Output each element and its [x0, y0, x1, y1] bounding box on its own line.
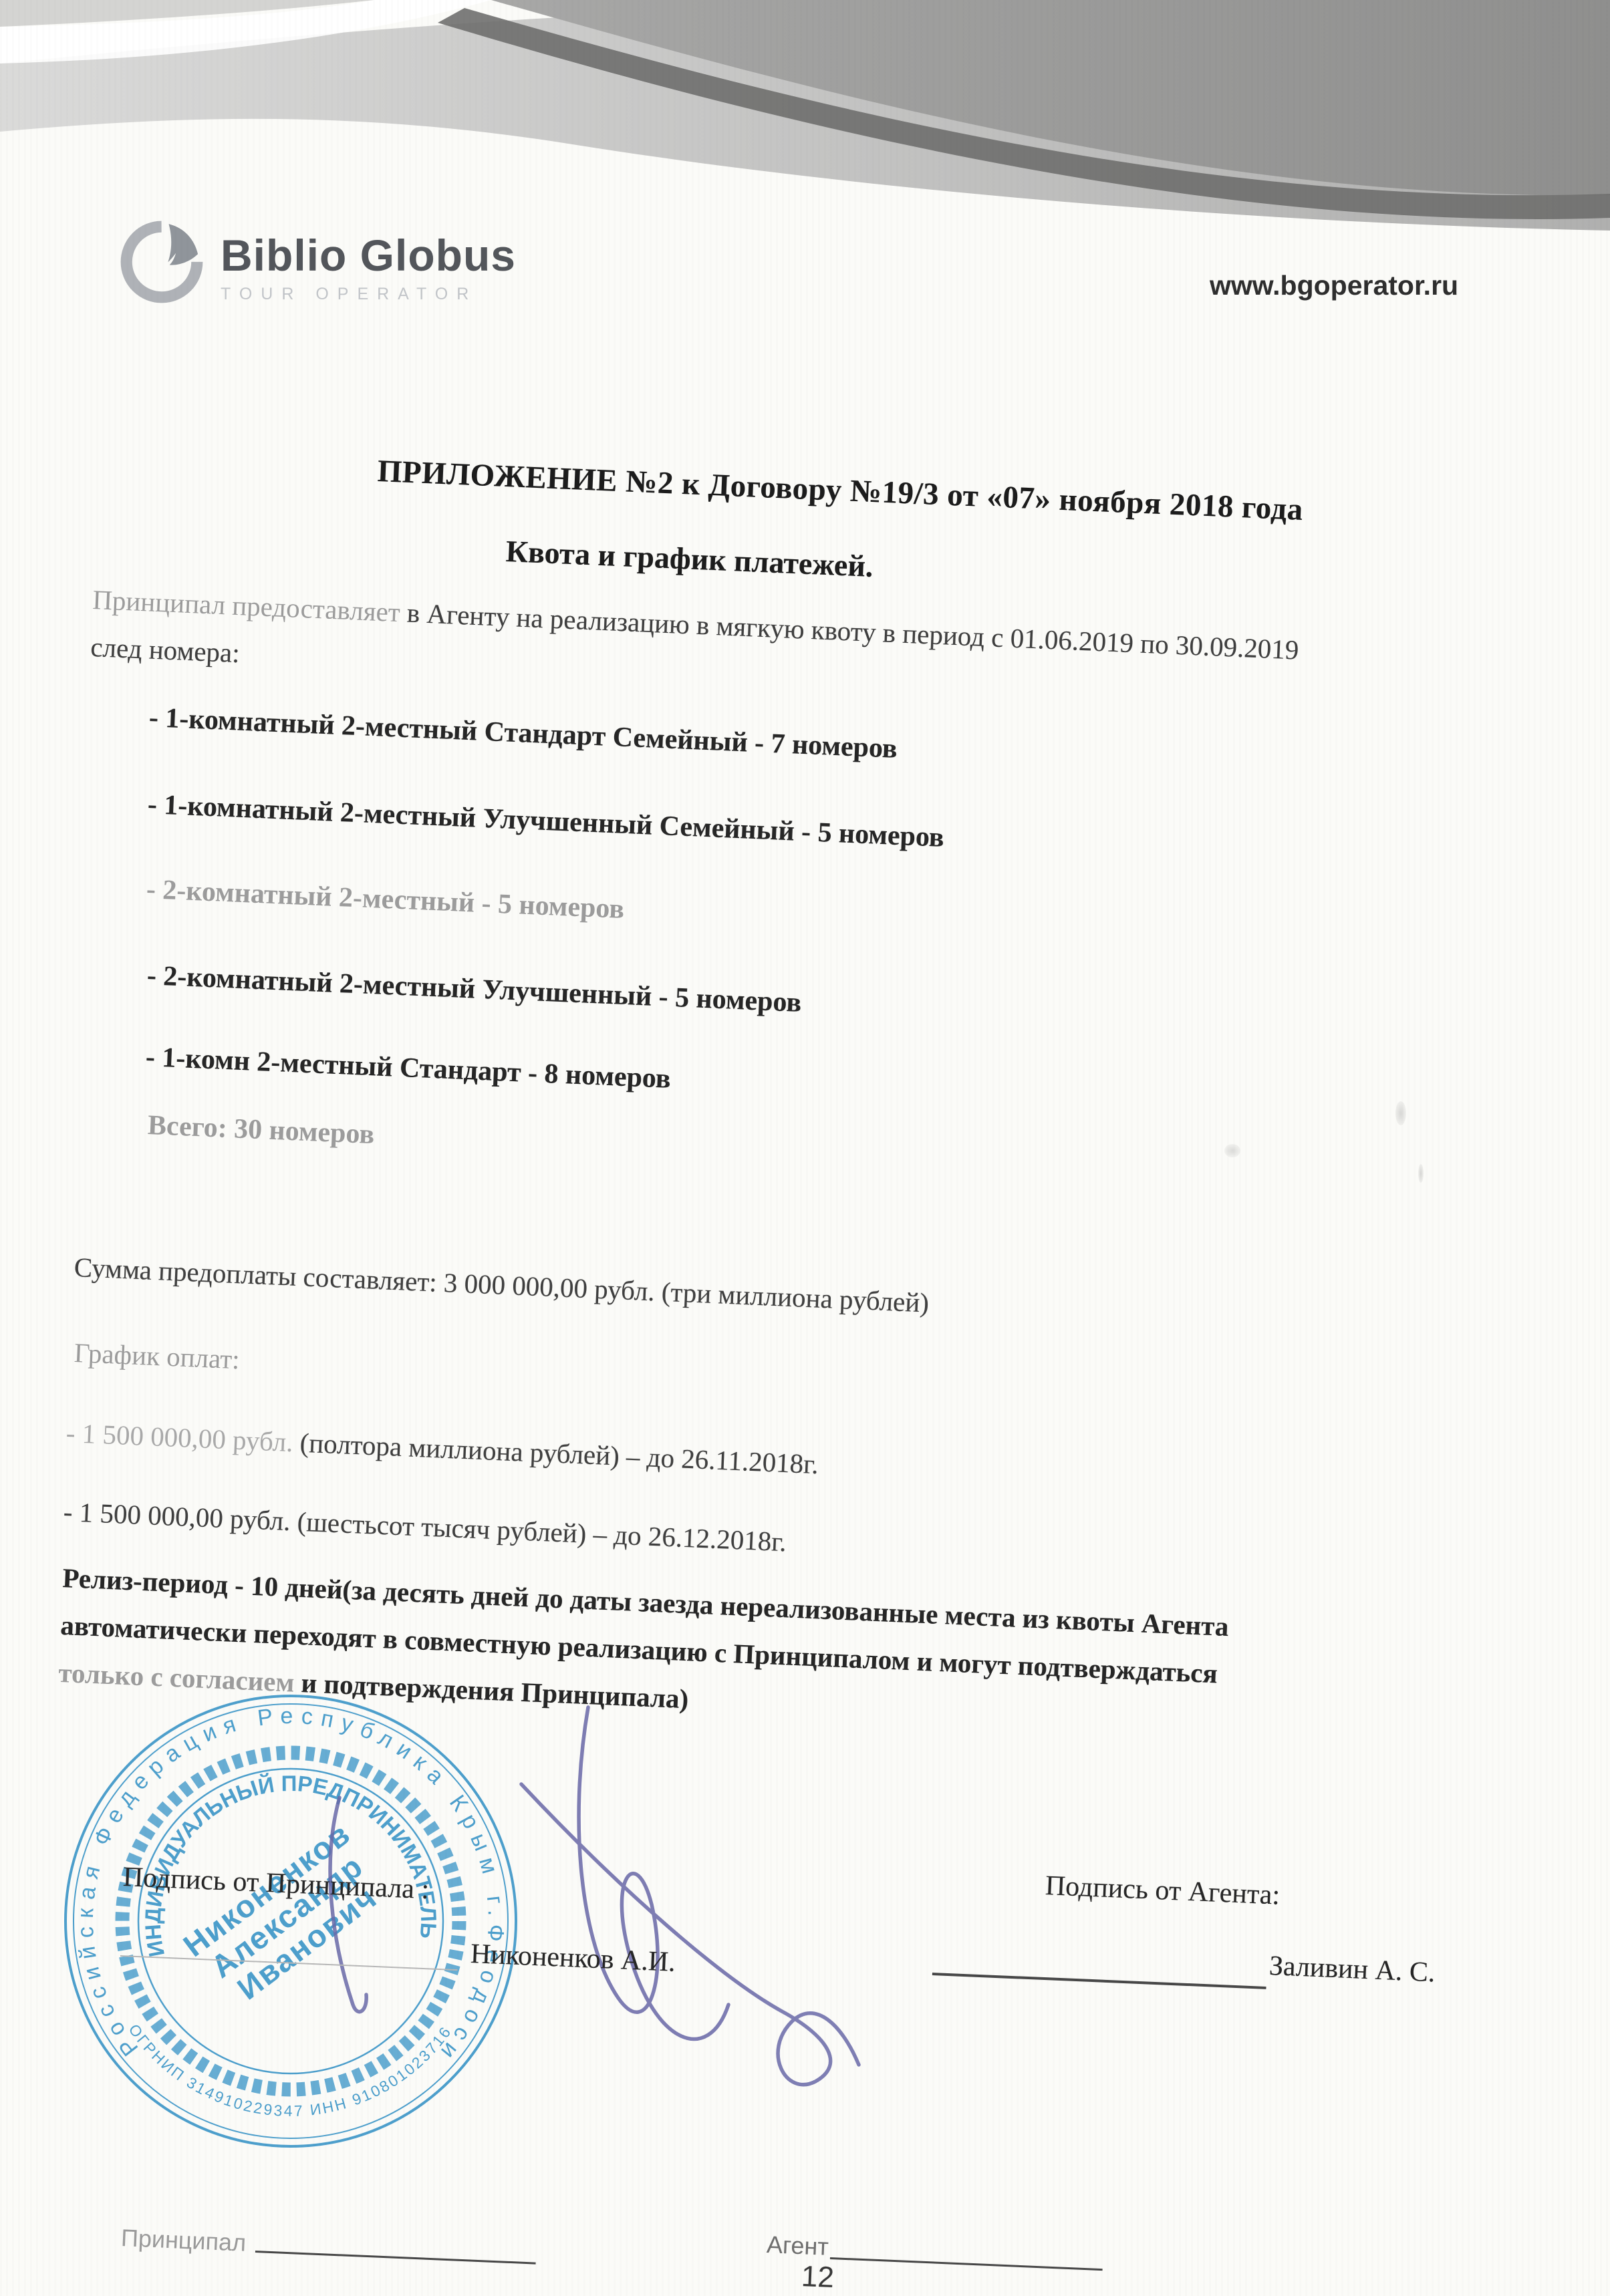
document-subtitle: Квота и график платежей.: [505, 533, 874, 584]
document-title: ПРИЛОЖЕНИЕ №2 к Договору №19/3 от «07» н…: [377, 453, 1304, 528]
quota-item: - 2-комнатный 2-местный Улучшенный - 5 н…: [146, 960, 802, 1019]
agent-signature-label: Подпись от Агента:: [1045, 1870, 1281, 1912]
footer-principal-line: [255, 2251, 536, 2265]
scan-smudge: [1418, 1164, 1424, 1183]
agent-signature-line: [932, 1973, 1266, 1989]
page-number: 12: [801, 2260, 835, 2295]
payment-schedule-label: График оплат:: [74, 1336, 241, 1375]
footer-principal-label: Принципал: [120, 2224, 247, 2257]
payment-line-1: - 1 500 000,00 рубл. (полтора миллиона р…: [65, 1417, 819, 1480]
footer-agent-label: Агент: [766, 2231, 829, 2261]
principal-stamp-and-signature: Российская Федерация Республика Крым г.Ф…: [53, 1691, 882, 2165]
logo-subtitle: TOUR OPERATOR: [221, 285, 516, 304]
payment-1-amount: - 1 500 000,00 рубл.: [65, 1417, 294, 1457]
logo-title: Biblio Globus: [221, 230, 516, 281]
round-stamp: Российская Федерация Республика Крым г.Ф…: [53, 1691, 516, 2146]
payment-line-2: - 1 500 000,00 рубл. (шестьсот тысяч руб…: [63, 1495, 787, 1558]
prepayment-sum: Сумма предоплаты составляет: 3 000 000,0…: [74, 1251, 930, 1319]
scanned-contract-page: Biblio Globus TOUR OPERATOR www.bgoperat…: [0, 0, 1610, 2296]
quota-item: - 2-комнатный 2-местный - 5 номеров: [146, 873, 625, 925]
payment-1-terms: (полтора миллиона рублей) – до 26.11.201…: [293, 1427, 819, 1479]
biblio-globus-logo-icon: [118, 218, 206, 306]
scan-smudge: [1395, 1101, 1406, 1125]
footer-agent-line: [830, 2257, 1103, 2271]
intro-paragraph: Принципал предоставляет в Агенту на реал…: [90, 576, 1300, 722]
intro-text-faded: Принципал предоставляет: [92, 584, 401, 627]
quota-total: Всего: 30 номеров: [147, 1109, 375, 1151]
agent-signature-name: Заливин А. С.: [1268, 1950, 1436, 1989]
quota-item: - 1-комнатный 2-местный Улучшенный Семей…: [147, 788, 945, 854]
quota-item: - 1-комн 2-местный Стандарт - 8 номеров: [145, 1041, 672, 1095]
scan-smudge: [1224, 1144, 1240, 1157]
website-url: www.bgoperator.ru: [1210, 270, 1458, 301]
quota-item: - 1-комнатный 2-местный Стандарт Семейны…: [148, 702, 898, 765]
